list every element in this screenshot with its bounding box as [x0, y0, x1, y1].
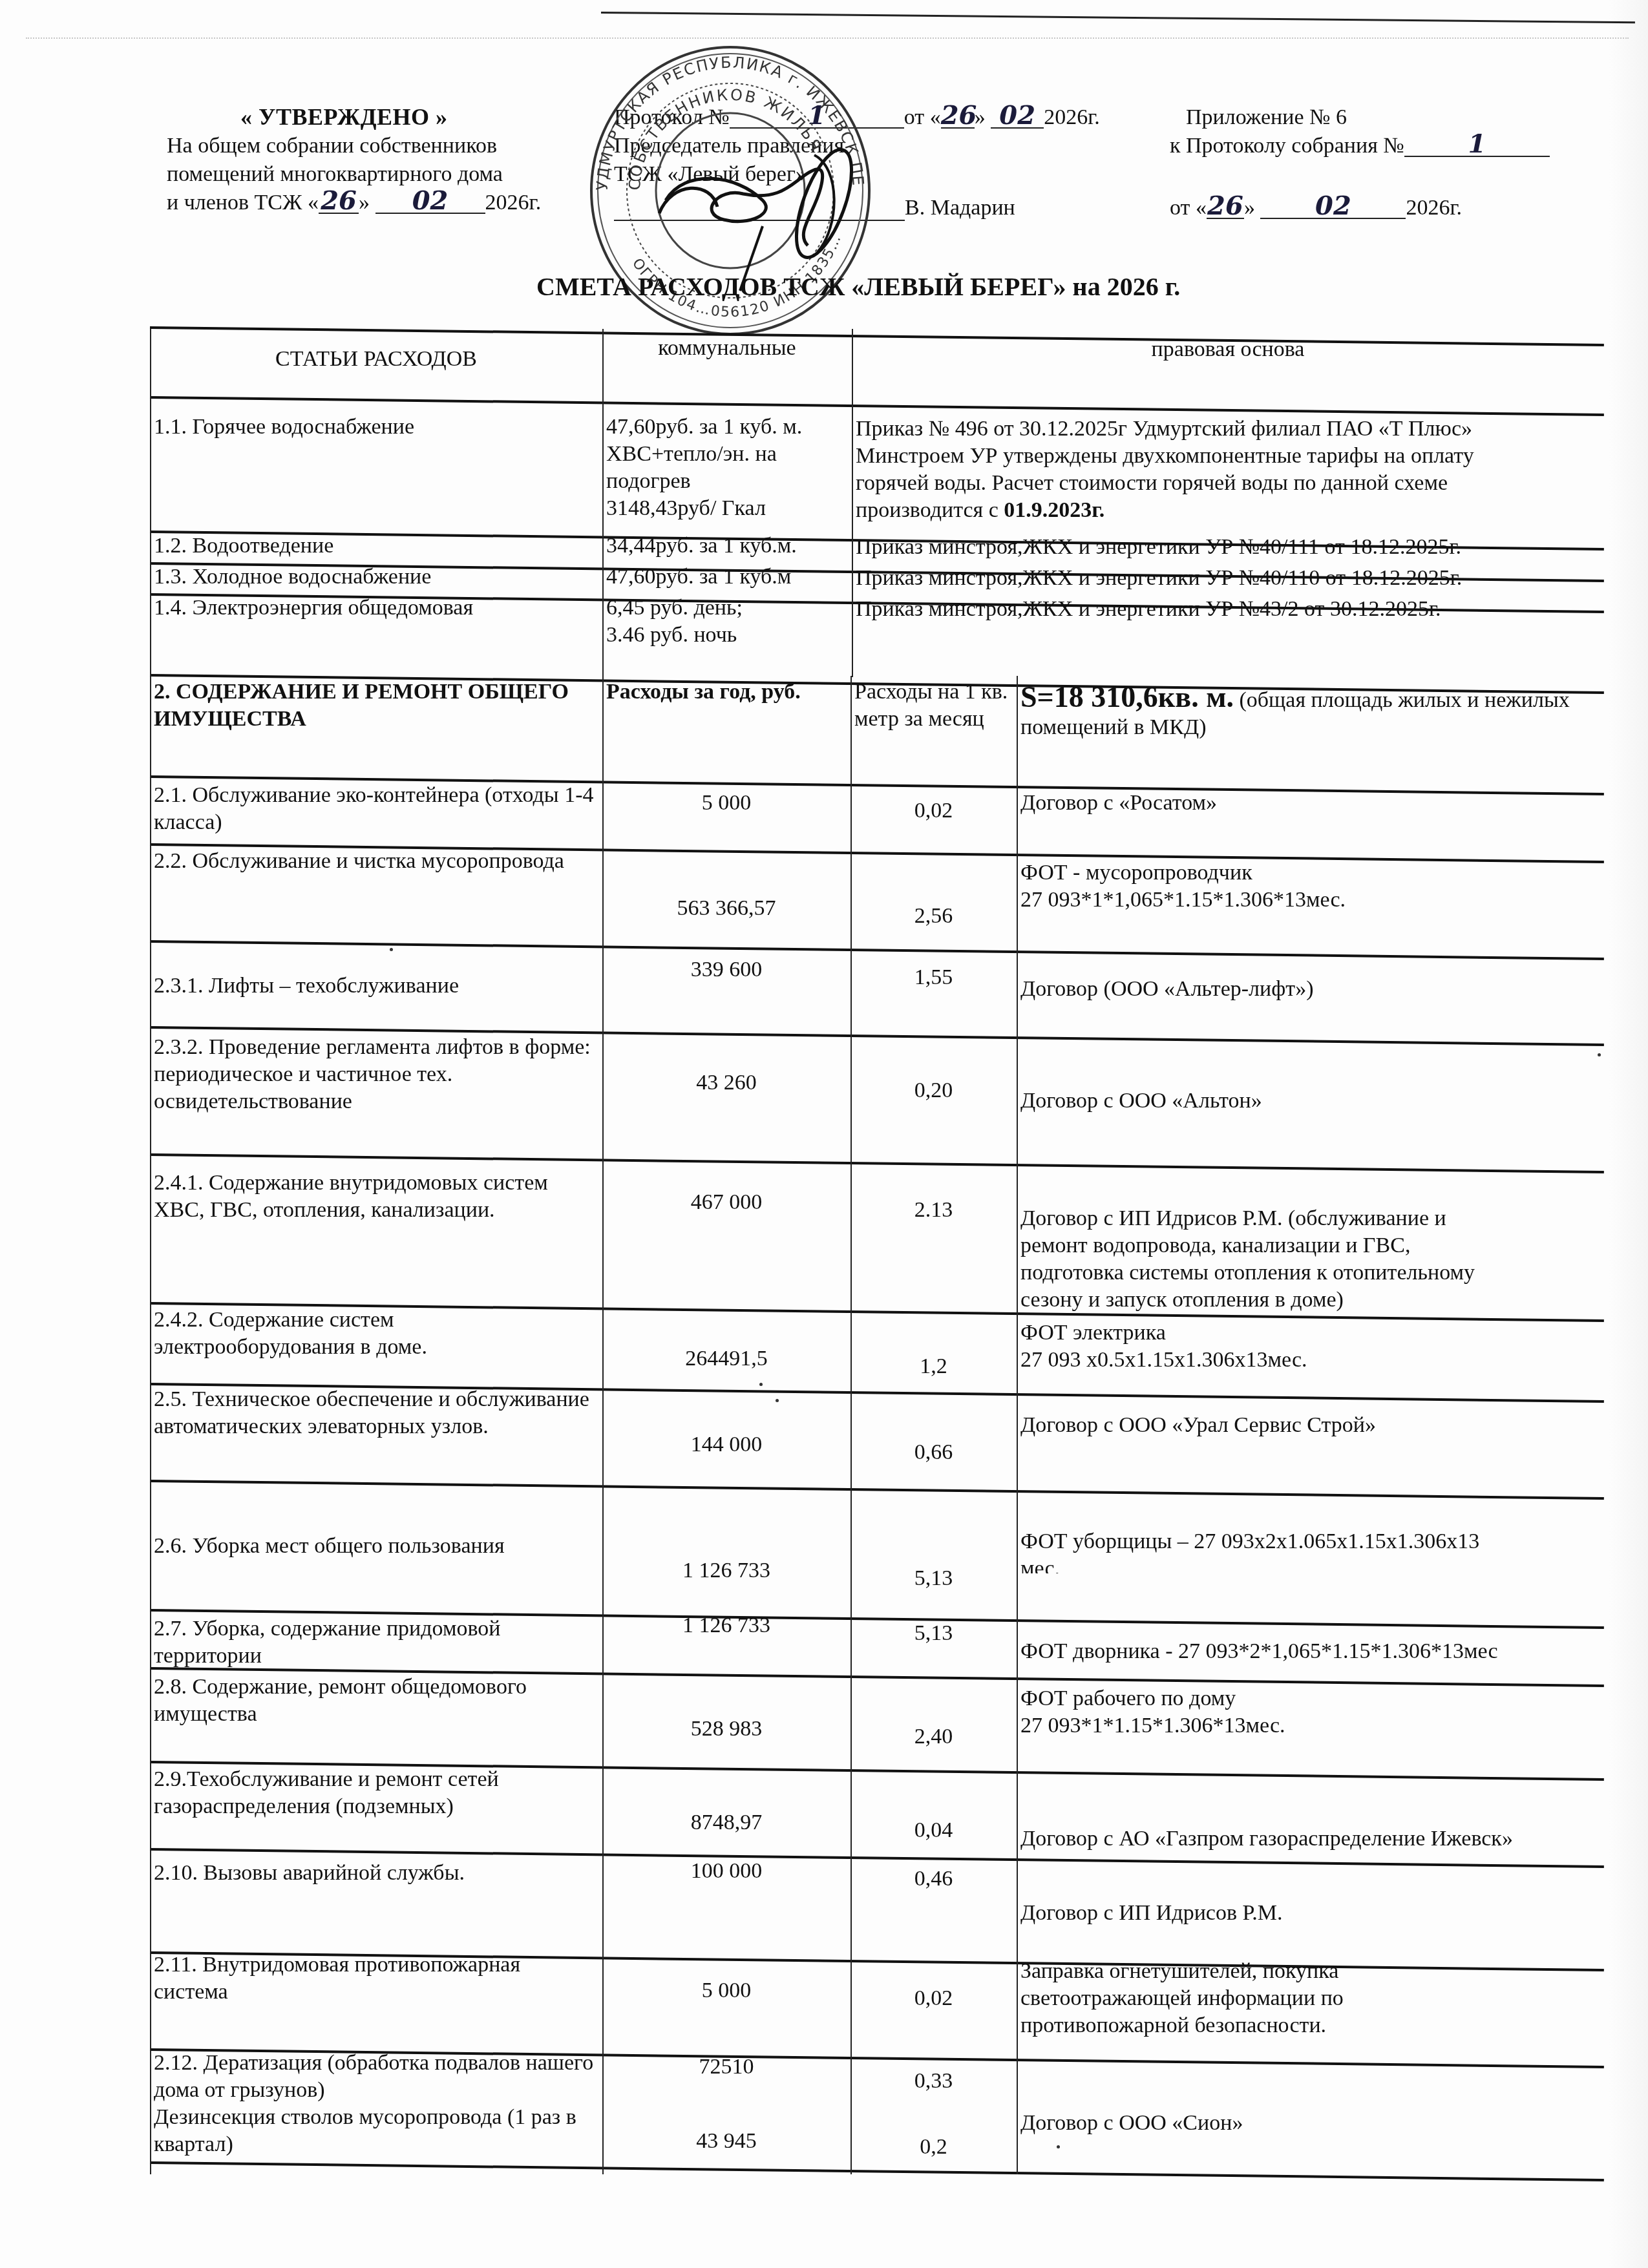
- expense-item-name: 2.11. Внутридомовая противопожарная сист…: [154, 1953, 520, 2004]
- cell-text-line: Приказ минстроя,ЖКХ и энергетики УР №40/…: [856, 534, 1626, 561]
- header-utilities: коммунальные: [606, 335, 848, 373]
- cell-text-line: Договор с АО «Газпром газораспределение …: [1020, 1825, 1620, 1853]
- cell-text-line: подогрев: [606, 468, 848, 495]
- cell-text-line: 27 093 х0.5х1.15х1.306х13мес.: [1020, 1347, 1620, 1374]
- expense-basis-3: Договор (ООО «Альтер-лифт»): [1020, 976, 1620, 1040]
- utility-item-3: 1.3. Холодное водоснабжение: [154, 563, 598, 591]
- expense-item-name: 2.9.Техобслуживание и ремонт сетей газор…: [154, 1767, 499, 1818]
- expense-item-8: 2.6. Уборка мест общего пользования: [154, 1533, 598, 1584]
- expense-item-7: 2.5. Техническое обеспечение и обслужива…: [154, 1386, 598, 1496]
- annual-expense-1: 5 000: [606, 790, 847, 818]
- cell-text-line: 6,45 руб. день;: [606, 594, 848, 622]
- per-sqm-expense-5: 2.13: [854, 1197, 1013, 1225]
- annual-expense-3: 339 600: [606, 956, 847, 985]
- table-column-border: [852, 329, 853, 677]
- utility-legal-basis-4: Приказ минстроя,ЖКХ и энергетики УР №43/…: [856, 596, 1626, 667]
- annual-expense-5: 467 000: [606, 1189, 847, 1217]
- cell-text-line: ФОТ уборщицы – 27 093х2х1.065х1.15х1.306…: [1020, 1528, 1620, 1555]
- cell-text-line: Заправка огнетушителей, покупка: [1020, 1958, 1620, 1985]
- per-sqm-expense-10: 2,40: [854, 1723, 1013, 1752]
- per-sqm-expense-9: 5,13: [854, 1620, 1013, 1648]
- cell-text-line: Договор с ООО «Урал Сервис Строй»: [1020, 1412, 1620, 1439]
- annual-expense-10: 528 983: [606, 1716, 847, 1744]
- expense-item-13: 2.11. Внутридомовая противопожарная сист…: [154, 1951, 598, 2064]
- cell-text-line: Договор (ООО «Альтер-лифт»): [1020, 976, 1620, 1003]
- cell-text-line: ФОТ дворника - 27 093*2*1,065*1.15*1.306…: [1020, 1638, 1620, 1665]
- cell-text-line: Договор с ИП Идрисов Р.М.: [1020, 1900, 1620, 1927]
- expense-item-name: 2.6. Уборка мест общего пользования: [154, 1534, 505, 1558]
- expense-basis-7: Договор с ООО «Урал Сервис Строй»: [1020, 1412, 1620, 1515]
- cell-text-line: 47,60руб. за 1 куб.м: [606, 563, 848, 591]
- cell-text-line: 27 093*1*1.15*1.306*13мес.: [1020, 1712, 1620, 1739]
- cell-text-line: 27 093*1*1,065*1.15*1.306*13мес.: [1020, 887, 1620, 914]
- annual-expense-4: 43 260: [606, 1069, 847, 1098]
- per-sqm-expense-3: 1,55: [854, 964, 1013, 992]
- per-sqm-expense-1: 0,02: [854, 797, 1013, 826]
- annual-expense-12: 100 000: [606, 1858, 847, 1886]
- expense-item-3: 2.3.1. Лифты – техобслуживание: [154, 972, 598, 1044]
- expense-item-name: 2.3.1. Лифты – техобслуживание: [154, 974, 459, 998]
- per-sqm-expense-14: 0,33: [854, 2068, 1013, 2096]
- effective-date-prefix: производится с: [856, 498, 1004, 522]
- annual-expense-13: 5 000: [606, 1977, 847, 2006]
- annual-expense-8: 1 126 733: [606, 1557, 847, 1586]
- per-sqm-expense-7: 0,66: [854, 1439, 1013, 1467]
- expense-estimate-table: СТАТЬИ РАСХОДОВкоммунальныеправовая осно…: [0, 0, 1648, 2268]
- header-expense-items: СТАТЬИ РАСХОДОВ: [154, 346, 598, 384]
- cell-text-line: Договор с ООО «Альтон»: [1020, 1087, 1620, 1115]
- cell-text-line: 3.46 руб. ночь: [606, 622, 848, 649]
- expense-basis-14: Договор с ООО «Сион»: [1020, 2110, 1620, 2232]
- cell-text-line: Минстроем УР утверждены двухкомпонентные…: [856, 443, 1626, 470]
- cell-text-line: Приказ минстроя,ЖКХ и энергетики УР №40/…: [856, 565, 1626, 592]
- expense-item-name: 2.1. Обслуживание эко-контейнера (отходы…: [154, 783, 593, 834]
- table-column-border: [602, 329, 604, 677]
- cell-text-line: подготовка системы отопления к отопитель…: [1020, 1259, 1620, 1286]
- expense-item-name: 2.3.2. Проведение регламента лифтов в фо…: [154, 1035, 591, 1113]
- utility-tariff-3: 47,60руб. за 1 куб.м: [606, 563, 848, 591]
- expense-item-5: 2.4.1. Содержание внутридомовых систем Х…: [154, 1170, 598, 1318]
- header-legal-basis: правовая основа: [856, 336, 1600, 375]
- annual-expense-7: 144 000: [606, 1431, 847, 1460]
- per-sqm-expense-12: 0,46: [854, 1865, 1013, 1894]
- cell-text-line: Приказ № 496 от 30.12.2025г Удмуртский ф…: [856, 415, 1626, 443]
- cell-text-line: 3148,43руб/ Гкал: [606, 495, 848, 522]
- expense-basis-8: ФОТ уборщицы – 27 093х2х1.065х1.15х1.306…: [1020, 1528, 1620, 1573]
- cell-text-line: мес.: [1020, 1555, 1620, 1573]
- expense-item-12: 2.10. Вызовы аварийной службы.: [154, 1860, 598, 1957]
- utility-tariff-1: 47,60руб. за 1 куб. м.ХВС+тепло/эн. напо…: [606, 414, 848, 527]
- per-sqm-expense-2: 2,56: [854, 903, 1013, 931]
- expense-item-name: 2.4.1. Содержание внутридомовых систем Х…: [154, 1171, 548, 1222]
- expense-item-name: 2.7. Уборка, содержание придомовой терри…: [154, 1617, 500, 1668]
- expense-item-name: 2.5. Техническое обеспечение и обслужива…: [154, 1387, 589, 1438]
- utility-item-2: 1.2. Водоотведение: [154, 532, 598, 560]
- utility-legal-basis-1: Приказ № 496 от 30.12.2025г Удмуртский ф…: [856, 415, 1626, 529]
- scan-speck: [390, 948, 393, 951]
- expense-basis-6: ФОТ электрика27 093 х0.5х1.15х1.306х13ме…: [1020, 1319, 1620, 1407]
- scan-speck: [776, 1399, 779, 1402]
- cell-text-line: Договор с ООО «Сион»: [1020, 2110, 1620, 2137]
- cell-text-line: ФОТ рабочего по дому: [1020, 1685, 1620, 1712]
- scan-speck: [1598, 1053, 1601, 1056]
- table-column-border: [150, 329, 151, 677]
- cell-text-line: Договор с «Росатом»: [1020, 790, 1620, 817]
- cell-text-line: ремонт водопровода, канализации и ГВС,: [1020, 1232, 1620, 1259]
- header-annual-expenses: Расходы за год, руб.: [606, 678, 847, 717]
- expense-item-10: 2.8. Содержание, ремонт общедомового иму…: [154, 1674, 598, 1777]
- expense-item-2: 2.2. Обслуживание и чистка мусоропровода: [154, 848, 598, 958]
- scanned-page: « УТВЕРЖДЕНО » На общем собрании собстве…: [0, 0, 1648, 2268]
- utility-tariff-2: 34,44руб. за 1 куб.м.: [606, 532, 848, 560]
- total-area-value: S=18 310,6кв. м.: [1020, 684, 1234, 713]
- table-column-border: [850, 676, 852, 2174]
- expense-item-4: 2.3.2. Проведение регламента лифтов в фо…: [154, 1034, 598, 1170]
- cell-text-line: ФОТ электрика: [1020, 1319, 1620, 1347]
- per-sqm-expense-extra: 0,2: [854, 2134, 1013, 2162]
- utility-item-4: 1.4. Электроэнергия общедомовая: [154, 594, 598, 666]
- cell-text-line: ФОТ - мусоропроводчик: [1020, 859, 1620, 887]
- expense-item-name: 2.4.2. Содержание систем электрооборудов…: [154, 1308, 427, 1359]
- scan-speck: [759, 1383, 763, 1386]
- expense-basis-4: Договор с ООО «Альтон»: [1020, 1087, 1620, 1217]
- cell-text-line: Приказ минстроя,ЖКХ и энергетики УР №43/…: [856, 596, 1626, 623]
- cell-text-line: светоотражающей информации по: [1020, 1985, 1620, 2012]
- header-total-area: S=18 310,6кв. м. (общая площадь жилых и …: [1020, 684, 1600, 781]
- utility-tariff-4: 6,45 руб. день;3.46 руб. ночь: [606, 594, 848, 666]
- expense-basis-13: Заправка огнетушителей, покупкасветоотра…: [1020, 1958, 1620, 2064]
- expense-item-name: 2.8. Содержание, ремонт общедомового иму…: [154, 1675, 527, 1726]
- expense-item-name: 2.12. Дератизация (обработка подвалов на…: [154, 2051, 593, 2102]
- annual-expense-6: 264491,5: [606, 1345, 847, 1374]
- expense-basis-10: ФОТ рабочего по дому27 093*1*1.15*1.306*…: [1020, 1685, 1620, 1782]
- expense-item-14: 2.12. Дератизация (обработка подвалов на…: [154, 2050, 598, 2159]
- effective-date: 01.9.2023г.: [1004, 498, 1104, 522]
- cell-text-line: сезону и запуск отопления в доме): [1020, 1286, 1620, 1314]
- cell-text-line: противопожарной безопасности.: [1020, 2012, 1620, 2039]
- utility-legal-basis-3: Приказ минстроя,ЖКХ и энергетики УР №40/…: [856, 565, 1626, 592]
- expense-item-name: 2.2. Обслуживание и чистка мусоропровода: [154, 849, 564, 873]
- annual-expense-extra: 43 945: [606, 2128, 847, 2156]
- table-column-border: [1017, 676, 1018, 2174]
- expense-basis-1: Договор с «Росатом»: [1020, 790, 1620, 861]
- header-per-sqm-monthly: Расходы на 1 кв. метр за месяц: [854, 678, 1013, 775]
- annual-expense-2: 563 366,57: [606, 895, 847, 923]
- annual-expense-11: 8748,97: [606, 1809, 847, 1838]
- cell-text-line: 34,44руб. за 1 куб.м.: [606, 532, 848, 560]
- utility-item-1: 1.1. Горячее водоснабжение: [154, 414, 598, 527]
- table-column-border: [602, 676, 604, 2174]
- section2-heading: 2. СОДЕРЖАНИЕ И РЕМОНТ ОБЩЕГО ИМУЩЕСТВА: [154, 678, 598, 769]
- expense-item-name: 2.10. Вызовы аварийной службы.: [154, 1861, 465, 1885]
- per-sqm-expense-4: 0,20: [854, 1077, 1013, 1106]
- cell-text-line: 47,60руб. за 1 куб. м.: [606, 414, 848, 441]
- per-sqm-expense-11: 0,04: [854, 1817, 1013, 1845]
- table-column-border: [150, 676, 151, 2174]
- per-sqm-expense-6: 1,2: [854, 1353, 1013, 1381]
- per-sqm-expense-13: 0,02: [854, 1985, 1013, 2013]
- annual-expense-14: 72510: [606, 2053, 847, 2082]
- scan-speck: [1057, 2145, 1060, 2148]
- cell-text-line: Договор с ИП Идрисов Р.М. (обслуживание …: [1020, 1205, 1620, 1232]
- expense-item-extra: Дезинсекция стволов мусоропровода (1 раз…: [154, 2104, 598, 2158]
- cell-text-line: горячей воды. Расчет стоимости горячей в…: [856, 470, 1626, 497]
- per-sqm-expense-8: 5,13: [854, 1565, 1013, 1593]
- cell-text-line: производится с 01.9.2023г.: [856, 497, 1626, 524]
- expense-item-11: 2.9.Техобслуживание и ремонт сетей газор…: [154, 1766, 598, 1863]
- utility-legal-basis-2: Приказ минстроя,ЖКХ и энергетики УР №40/…: [856, 534, 1626, 561]
- expense-basis-2: ФОТ - мусоропроводчик27 093*1*1,065*1.15…: [1020, 859, 1620, 963]
- cell-text-line: ХВС+тепло/эн. на: [606, 441, 848, 468]
- annual-expense-9: 1 126 733: [606, 1612, 847, 1641]
